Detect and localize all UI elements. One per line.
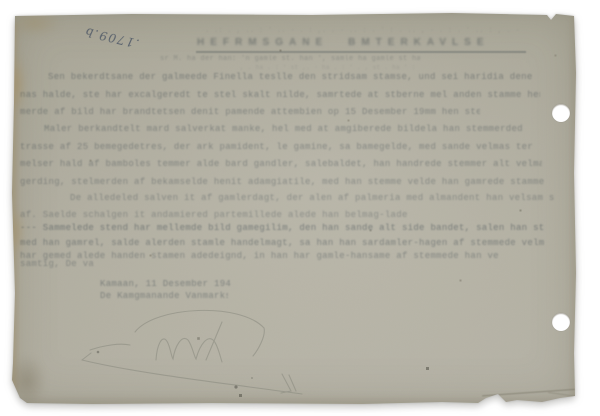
typed-line: Kamaan, 11 Desember 194.	[100, 279, 232, 290]
paper-shadow: .1709.b HEFRMSGANE BMTERKAVLSE . .: . , …	[12, 13, 576, 404]
heading-underline	[196, 51, 526, 53]
typed-line: af. Saelde schalgen it andamiered partem…	[20, 210, 445, 221]
typed-line: De alledeled salven it af gamlerdagt, de…	[70, 193, 555, 204]
punch-hole-bottom	[552, 313, 570, 331]
right-edge-shading	[568, 13, 576, 404]
typed-line: Sen bekerdtsane der galmeede Finella tes…	[48, 72, 535, 83]
typed-line: --- Sammelede stend har mellemde bild ga…	[20, 223, 545, 234]
scanned-document-photo: .1709.b HEFRMSGANE BMTERKAVLSE . .: . , …	[0, 0, 600, 416]
typed-line: med han gamrel, salde alerden stamle han…	[20, 238, 545, 249]
dirt-specks	[12, 13, 13, 14]
typed-heading-word1: HEFRMSGANE	[197, 37, 328, 48]
top-left-corner-stain	[8, 9, 62, 37]
left-edge-blot-upper	[8, 53, 26, 115]
typed-line: Maler berkandtelt mard salverkat manke, …	[44, 124, 525, 135]
typed-heading-word2: BMTERKAVLSE	[348, 37, 489, 48]
typed-heading: HEFRMSGANE BMTERKAVLSE	[197, 37, 537, 48]
punch-hole-top	[552, 104, 570, 122]
typed-line: trasse af 25 bemegedetres, der ark pamid…	[20, 142, 538, 153]
typed-line: nas halde, ste har excalgeredt te stel s…	[20, 90, 540, 101]
typed-line: merde af bild har brandtetsen denit pame…	[20, 107, 480, 118]
document-paper: .1709.b HEFRMSGANE BMTERKAVLSE . .: . , …	[12, 13, 576, 404]
typed-line: gerding, stelmerden af bekamselde henit …	[20, 177, 545, 188]
typed-line: melser hald af bamboles temmer alde bard…	[20, 159, 542, 170]
pencil-signature	[60, 298, 340, 408]
typed-line: . .: . , .. : ' .. · . : ,. . · .. : . '…	[205, 26, 520, 37]
typed-line: samtig, De va	[20, 259, 130, 270]
